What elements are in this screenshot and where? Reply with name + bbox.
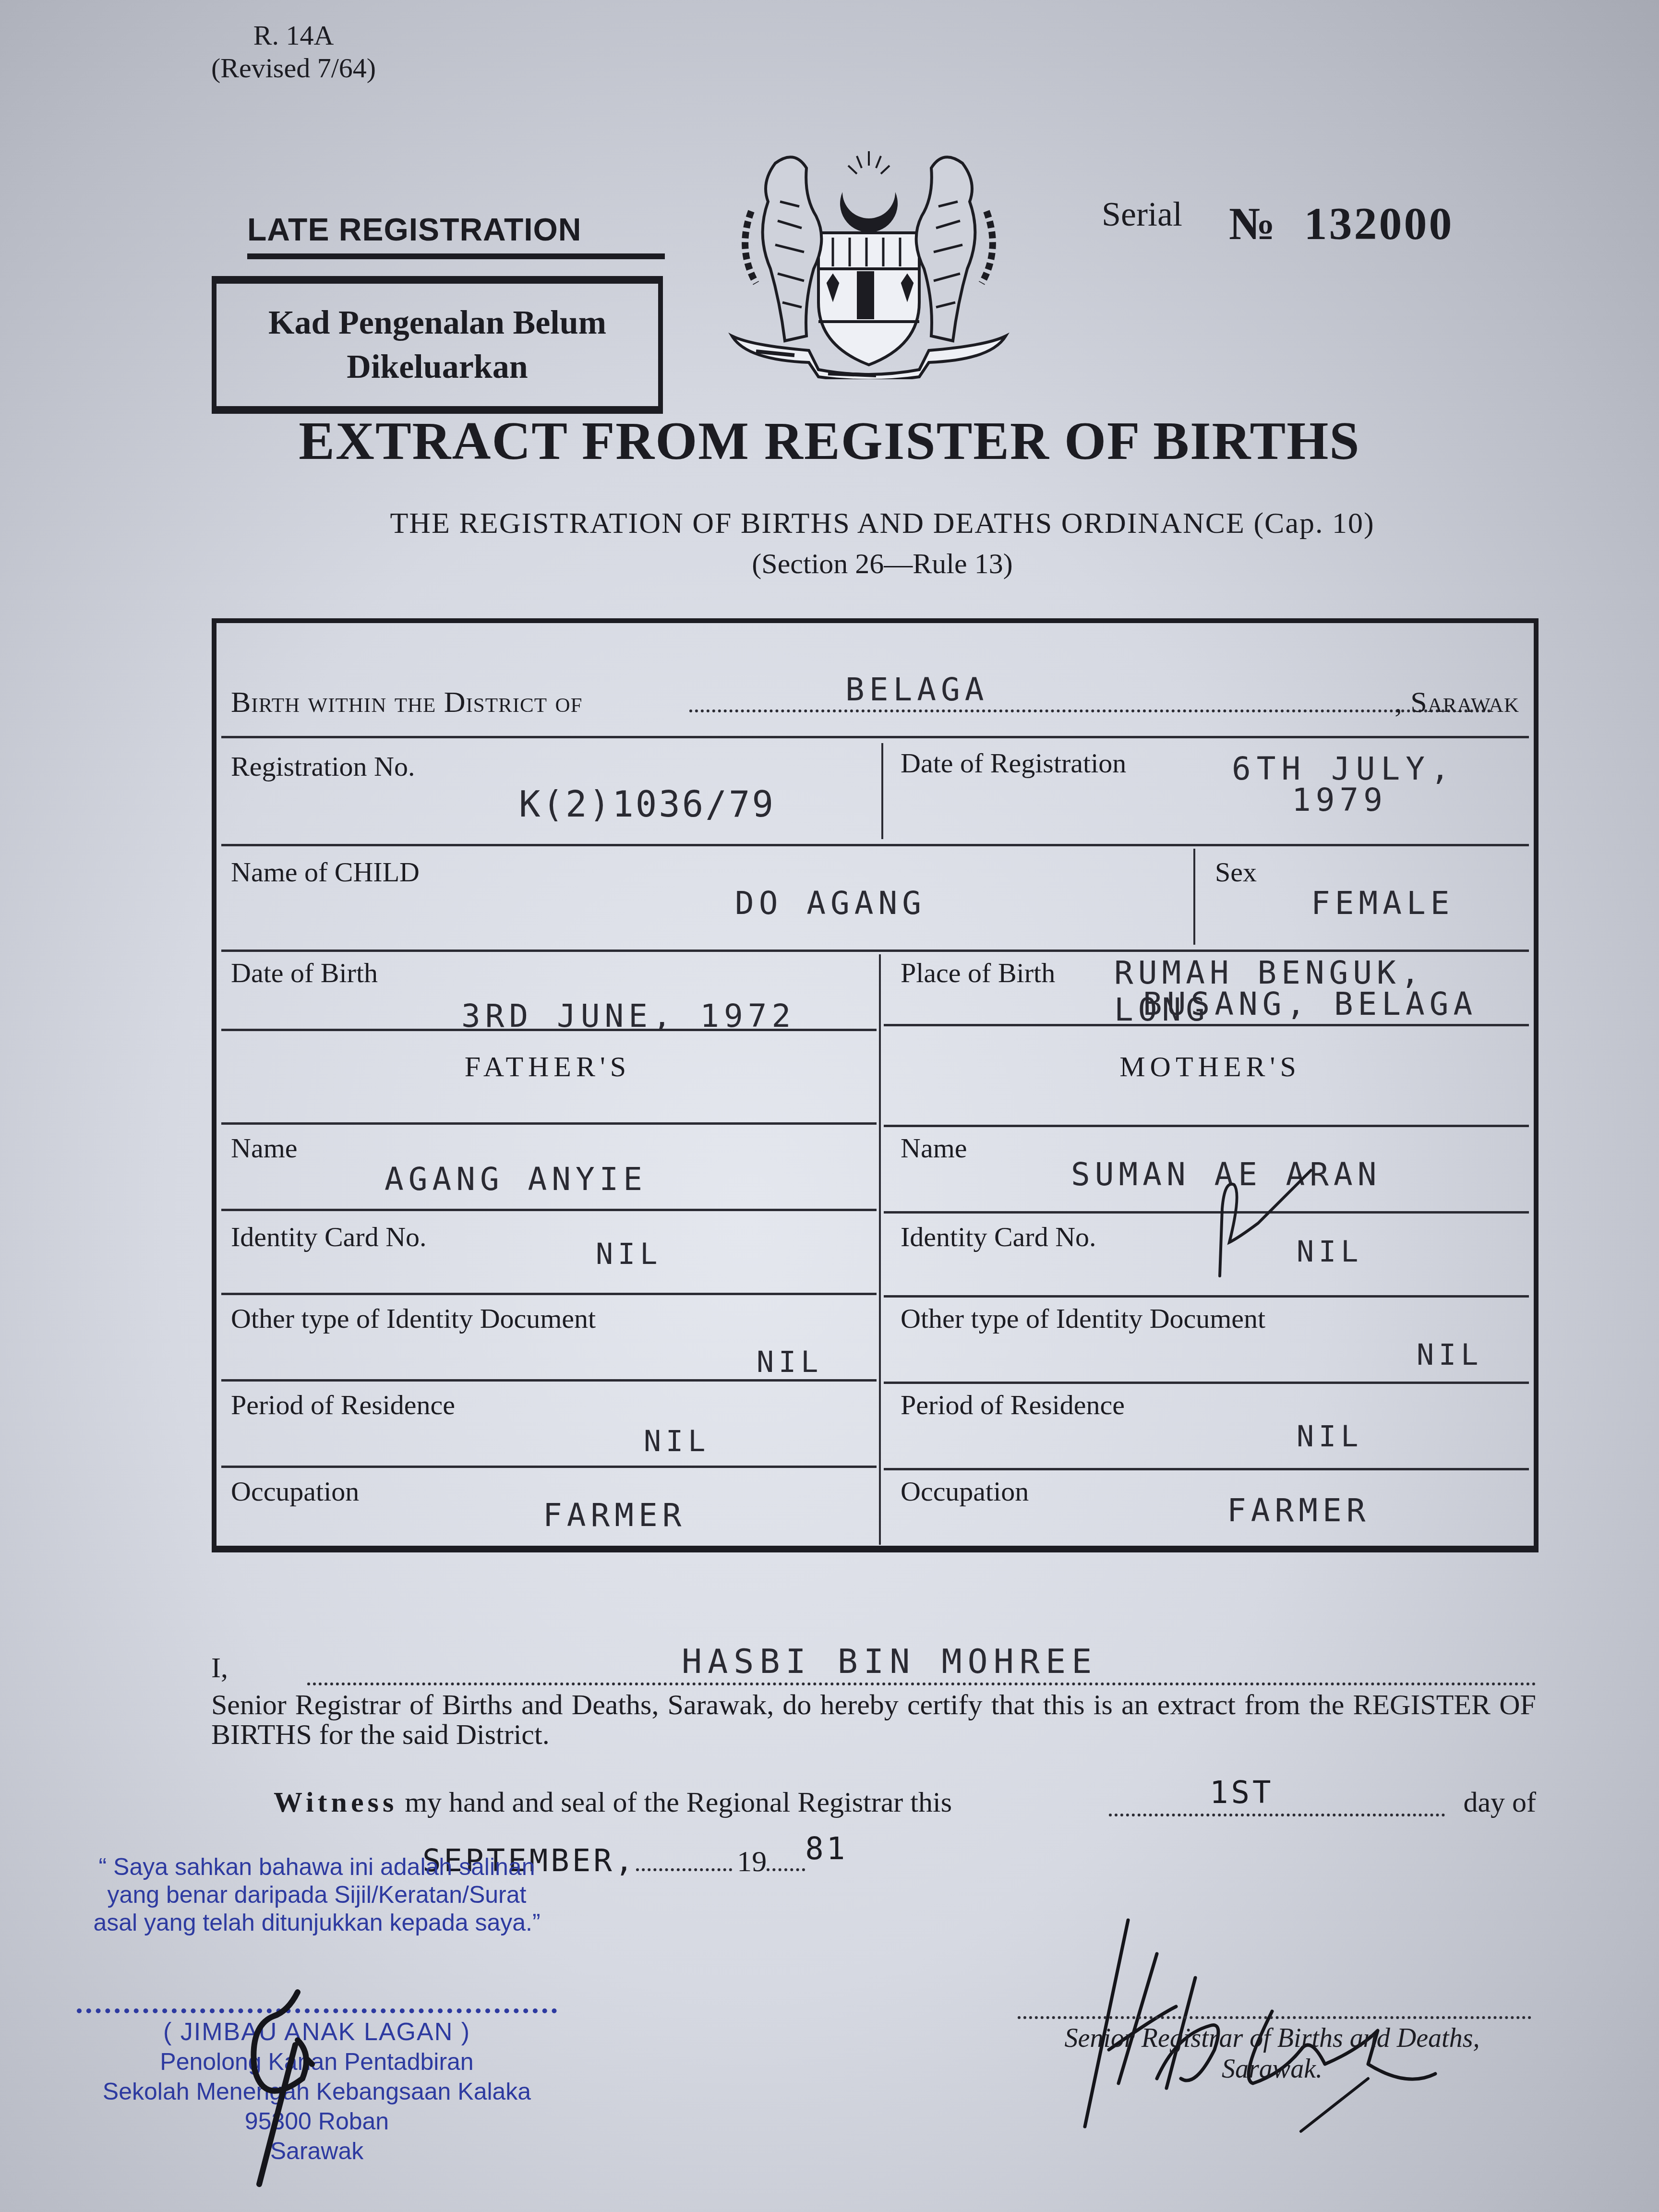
serial-number: № 132000 (1229, 197, 1454, 250)
father-other-id-value: NIL (757, 1346, 823, 1379)
registration-no-value: K(2)1036/79 (519, 784, 775, 825)
register-extract-table: Birth within the District of BELAGA , Sa… (212, 618, 1539, 1552)
ic-box-line2: Dikeluarkan (347, 345, 528, 389)
father-heading: FATHER'S (216, 1050, 879, 1083)
father-residence-label: Period of Residence (231, 1389, 455, 1421)
mother-other-id-value: NIL (1417, 1338, 1483, 1372)
mother-residence-label: Period of Residence (901, 1389, 1125, 1421)
dob-underline (221, 1029, 877, 1031)
row-divider (884, 1295, 1529, 1298)
stamp-quote-line3: asal yang telah ditunjukkan kepada saya.… (67, 1909, 566, 1936)
registrar-title: Senior Registrar of Births and Deaths, S… (1008, 2023, 1536, 2084)
stamp-quote-line1: “ Saya sahkan bahawa ini adalah salinan (67, 1853, 566, 1881)
month-dotted-line (636, 1849, 732, 1871)
form-reference: R. 14A (Revised 7/64) (211, 19, 376, 84)
row-divider (884, 1468, 1529, 1470)
row-divider (221, 736, 1529, 738)
year-dotted-line (767, 1849, 805, 1871)
officer-signature-icon (230, 1983, 374, 2194)
certification-name-line: I, HASBI BIN MOHREE (211, 1651, 1536, 1684)
place-of-birth-label: Place of Birth (901, 957, 1055, 989)
witness-line: Witness my hand and seal of the Regional… (211, 1786, 1536, 1819)
row-divider (221, 1466, 877, 1468)
certification-prefix: I, (211, 1652, 228, 1683)
date-of-birth-label: Date of Birth (231, 957, 378, 989)
day-value: 1ST (1210, 1775, 1274, 1811)
sex-label: Sex (1215, 856, 1257, 888)
child-name-label: Name of CHILD (231, 856, 420, 888)
column-divider (1193, 849, 1195, 945)
numero-sign: № (1229, 198, 1277, 249)
late-registration-heading: LATE REGISTRATION (247, 211, 582, 248)
date-of-registration-label: Date of Registration (901, 747, 1126, 779)
father-ic-label: Identity Card No. (231, 1221, 427, 1253)
year-prefix: 19 (737, 1845, 767, 1878)
child-name-value: DO AGANG (735, 885, 926, 922)
father-name-value: AGANG ANYIE (385, 1161, 647, 1198)
father-other-id-label: Other type of Identity Document (231, 1302, 596, 1334)
mother-residence-value: NIL (1297, 1420, 1363, 1454)
mother-heading: MOTHER'S (884, 1050, 1537, 1083)
row-divider (884, 1382, 1529, 1384)
row-divider (221, 1209, 877, 1211)
mother-occupation-label: Occupation (901, 1475, 1029, 1507)
row-divider (221, 1122, 877, 1125)
section-rule: (Section 26—Rule 13) (0, 547, 1659, 580)
name-dotted-line (307, 1683, 1536, 1685)
serial-value: 132000 (1304, 198, 1454, 249)
district-label: Birth within the District of (231, 685, 582, 720)
father-name-label: Name (231, 1132, 298, 1164)
stamp-quote-line2: yang benar daripada Sijil/Keratan/Surat (67, 1881, 566, 1909)
mother-name-label: Name (901, 1132, 967, 1164)
stamp-quote: “ Saya sahkan bahawa ini adalah salinan … (67, 1853, 566, 1936)
initial-mark-icon (1201, 1151, 1325, 1286)
day-of-label: day of (1463, 1786, 1536, 1819)
day-dotted-line (1109, 1814, 1445, 1816)
mother-ic-label: Identity Card No. (901, 1221, 1096, 1253)
row-divider (221, 1379, 877, 1382)
father-residence-value: NIL (644, 1425, 710, 1458)
year-value: 81 (805, 1831, 848, 1867)
row-divider (884, 1125, 1529, 1127)
registrar-signature-line (1018, 2016, 1531, 2019)
father-occupation-label: Occupation (231, 1475, 359, 1507)
parents-column-divider (879, 954, 881, 1545)
district-dotted-line (689, 709, 1491, 712)
row-divider (221, 950, 1529, 952)
certification-text: Senior Registrar of Births and Deaths, S… (211, 1690, 1536, 1749)
witness-bold: Witness (211, 1786, 397, 1818)
mother-other-id-label: Other type of Identity Document (901, 1302, 1265, 1334)
registrar-title-line1: Senior Registrar of Births and Deaths, (1008, 2023, 1536, 2054)
registrar-signature-block: Senior Registrar of Births and Deaths, S… (1008, 2016, 1536, 2084)
place-of-birth-line2: BUSANG, BELAGA (1143, 986, 1477, 1022)
registration-no-label: Registration No. (231, 750, 415, 782)
row-divider (221, 844, 1529, 846)
ic-box-line1: Kad Pengenalan Belum (268, 301, 606, 345)
mother-occupation-value: FARMER (1227, 1492, 1370, 1529)
column-divider (881, 743, 883, 839)
registrar-name-value: HASBI BIN MOHREE (682, 1642, 1097, 1681)
ic-not-issued-stamp-box: Kad Pengenalan Belum Dikeluarkan (212, 276, 663, 414)
pob-underline (884, 1024, 1529, 1026)
witness-text: my hand and seal of the Regional Registr… (397, 1786, 952, 1818)
district-value: BELAGA (845, 671, 988, 708)
ordinance-subtitle: THE REGISTRATION OF BIRTHS AND DEATHS OR… (0, 506, 1659, 541)
malaysia-coat-of-arms-icon (722, 144, 1015, 379)
form-code: R. 14A (211, 19, 376, 52)
father-occupation-value: FARMER (543, 1497, 686, 1534)
father-ic-value: NIL (596, 1238, 662, 1271)
row-divider (221, 1293, 877, 1295)
date-of-registration-line2: 1979 (1292, 781, 1387, 818)
registrar-title-line2: Sarawak. (1008, 2054, 1536, 2084)
sex-value: FEMALE (1311, 885, 1454, 922)
document-title: EXTRACT FROM REGISTER OF BIRTHS (0, 410, 1659, 472)
serial-label: Serial (1102, 194, 1182, 234)
district-suffix: , Sarawak (1395, 685, 1519, 720)
form-revision: (Revised 7/64) (211, 52, 376, 84)
late-registration-underline (247, 253, 665, 259)
